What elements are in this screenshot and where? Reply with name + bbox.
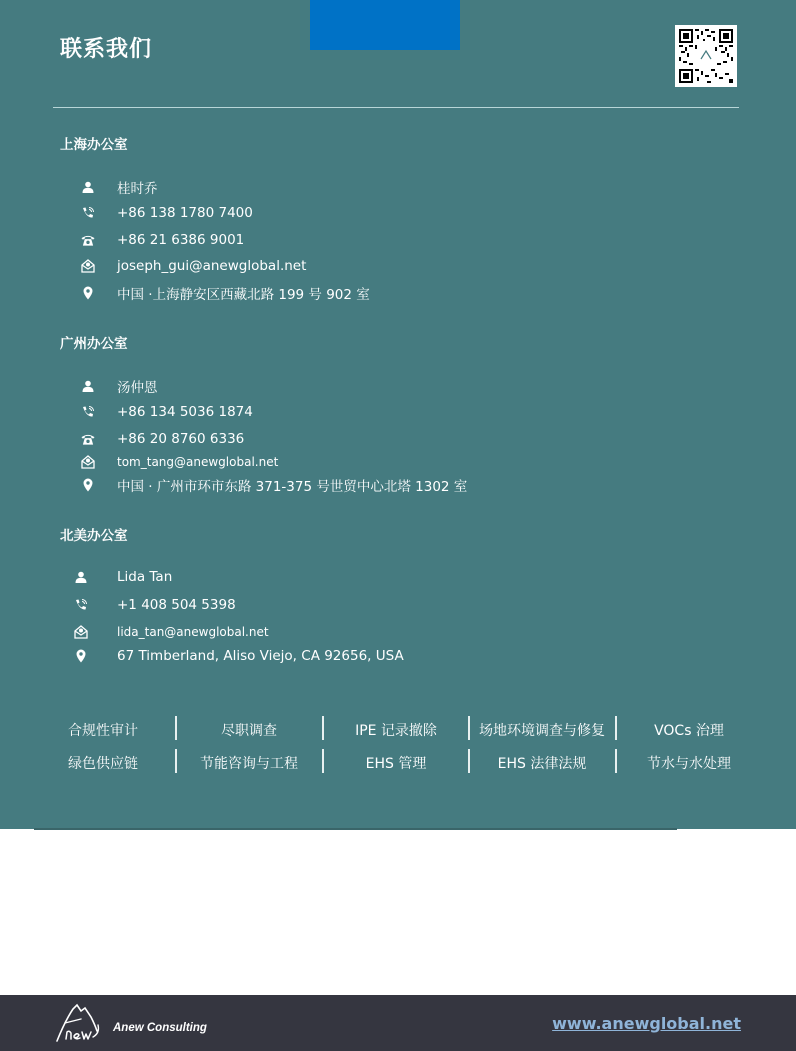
service-separator (615, 749, 617, 773)
service-item: 节水与水处理 (616, 753, 762, 773)
contact-mobile[interactable]: +86 134 5036 1874 (117, 404, 253, 420)
header-divider (53, 107, 739, 108)
mobile-phone-icon (81, 405, 95, 419)
service-item: 节能咨询与工程 (176, 753, 322, 773)
contact-mobile[interactable]: +86 138 1780 7400 (117, 205, 253, 221)
contact-address: 中国 ·上海静安区西藏北路 199 号 902 室 (117, 283, 370, 303)
service-separator (615, 716, 617, 740)
service-separator (322, 716, 324, 740)
service-separator (468, 716, 470, 740)
mobile-phone-icon (81, 206, 95, 220)
contact-name: Lida Tan (117, 569, 172, 585)
contact-name: 汤仲恩 (117, 376, 158, 396)
email-icon (81, 259, 95, 273)
panel-bottom-edge (34, 828, 677, 830)
telephone-icon (81, 233, 95, 247)
anew-logo-icon (53, 1001, 109, 1045)
website-link[interactable]: www.anewglobal.net (552, 1014, 741, 1033)
qr-code-icon (679, 29, 733, 83)
company-name: Anew Consulting (113, 1022, 207, 1034)
service-item: EHS 法律法规 (469, 753, 615, 773)
page-title: 联系我们 (60, 32, 152, 63)
contact-email[interactable]: tom_tang@anewglobal.net (117, 455, 278, 469)
company-logo: Anew Consulting (53, 995, 207, 1051)
email-icon (74, 625, 88, 639)
person-icon (81, 379, 95, 393)
office-title-north-america: 北美办公室 (60, 524, 128, 544)
telephone-icon (81, 432, 95, 446)
services-grid: 合规性审计 尽职调查 IPE 记录撤除 场地环境调查与修复 VOCs 治理 绿色… (0, 712, 796, 782)
contact-address: 67 Timberland, Aliso Viejo, CA 92656, US… (117, 648, 404, 664)
office-title-guangzhou: 广州办公室 (60, 332, 128, 352)
service-item: 绿色供应链 (30, 753, 176, 773)
contact-name: 桂时乔 (117, 177, 158, 197)
service-item: 尽职调查 (176, 720, 322, 740)
service-item: 场地环境调查与修复 (469, 720, 615, 740)
location-pin-icon (81, 478, 95, 492)
contact-mobile[interactable]: +1 408 504 5398 (117, 597, 236, 613)
blue-accent-tab (310, 0, 460, 50)
mobile-phone-icon (74, 598, 88, 612)
contact-telephone[interactable]: +86 20 8760 6336 (117, 431, 244, 447)
location-pin-icon (74, 649, 88, 663)
service-item: IPE 记录撤除 (323, 720, 469, 740)
service-item: VOCs 治理 (616, 720, 762, 740)
person-icon (81, 180, 95, 194)
service-item: 合规性审计 (30, 720, 176, 740)
email-icon (81, 455, 95, 469)
footer-bar: Anew Consulting www.anewglobal.net (0, 995, 796, 1051)
person-icon (74, 570, 88, 584)
contact-panel: 联系我们 上海办公室 桂时乔 (0, 0, 796, 829)
service-item: EHS 管理 (323, 753, 469, 773)
contact-telephone[interactable]: +86 21 6386 9001 (117, 232, 244, 248)
contact-address: 中国 · 广州市环市东路 371-375 号世贸中心北塔 1302 室 (117, 475, 467, 495)
service-separator (175, 716, 177, 740)
service-separator (175, 749, 177, 773)
location-pin-icon (81, 286, 95, 300)
service-separator (468, 749, 470, 773)
contact-email[interactable]: joseph_gui@anewglobal.net (117, 258, 306, 274)
service-separator (322, 749, 324, 773)
contact-email[interactable]: lida_tan@anewglobal.net (117, 625, 269, 639)
qr-code (675, 25, 737, 87)
office-title-shanghai: 上海办公室 (60, 133, 128, 153)
